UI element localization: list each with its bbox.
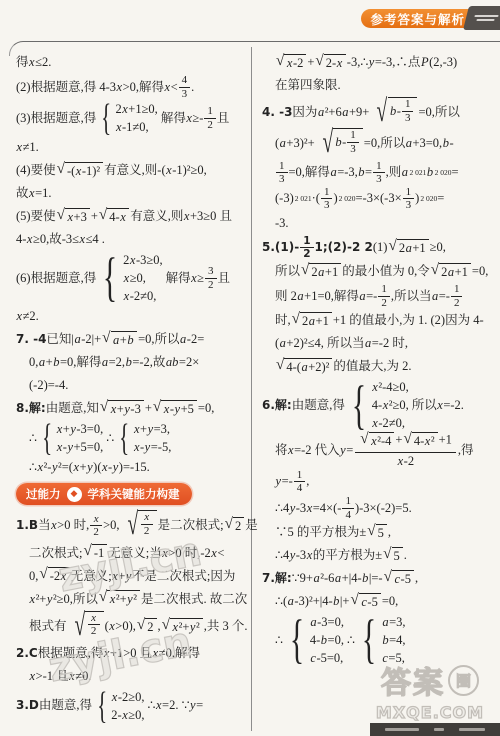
radical-icon: √ (292, 311, 300, 326)
equation-system: {a=3,b=4,c=5, (356, 613, 406, 667)
ability-badge-right-label: 学科关键能力构建 (88, 486, 180, 502)
radical-icon: √ (99, 207, 107, 222)
radical-icon: √ (301, 262, 309, 277)
column-divider (251, 47, 252, 731)
sqrt-radical: √2a+1 (388, 239, 428, 256)
sqrt-radical: √2a+1 (292, 312, 332, 329)
text-line: 3.D 由题意,得{x-2≥0,2-x≥0,∴ x=2. ∵ y= (16, 688, 250, 724)
equation-system: {x-2≥0,2-x≥0, (93, 688, 144, 724)
sqrt-radical: √x²-4 (360, 432, 394, 449)
text-line: (3)根据题意,得{2x+1≥0,x-1≠0,解得 x≥-12 且 (16, 100, 250, 136)
text-line: 13=0,解得 a=-3,b=13,则 a2 021b2 020= (262, 160, 496, 186)
brace-icon: { (362, 617, 376, 663)
sqrt-radical: √4-(a+2)² (276, 358, 332, 375)
fraction: 32 (205, 265, 217, 291)
header-banner: 参考答案与解析 (361, 9, 474, 28)
text-line: -3. (262, 212, 496, 235)
radical-icon: √ (137, 617, 145, 632)
text-line: (-3)2 021·(13)2 020=-3×(-3×13)2 020= (262, 186, 496, 212)
text-line: 故 x=1. (16, 182, 250, 205)
brace-icon: { (352, 383, 366, 429)
sqrt-radical: √x2 (68, 611, 104, 642)
text-line: 4. -3 因为 a²+6a+9+√b-13=0,所以 (262, 97, 496, 128)
radical-icon: √ (83, 543, 91, 558)
radical-icon: √ (315, 53, 323, 68)
sqrt-radical: √c-5 (384, 570, 414, 587)
text-line: 时,√2a+1+1 的值最小,为 1. (2)因为 4- (262, 309, 496, 332)
radical-icon: √ (431, 262, 439, 277)
brace-icon: { (97, 690, 107, 722)
text-line: 5.(1)-12 1;(2)-2 2 (1)√2a+1≥0, (262, 235, 496, 260)
text-line: 0,a+b=0,解得 a=2,b=-2,故 ab=2× (16, 351, 250, 374)
radical-icon: √ (360, 431, 368, 446)
equation-system: {x+y-3=0,x-y+5=0, (38, 420, 103, 456)
fraction: x2 (88, 612, 100, 638)
equation-system: {a-3=0,4-b=0,c-5=0, (284, 613, 344, 667)
brace-icon: { (101, 102, 111, 134)
text-line: 得 x≤2. (16, 51, 250, 74)
text-line: 4-x≥0,故-3≤x≤4 . (16, 228, 250, 251)
equation-system: {x²-4≥0,4-x²≥0,x-2≠0, (346, 378, 409, 432)
sqrt-radical: √c-5 (350, 593, 380, 610)
sqrt-radical: √x2 (121, 510, 157, 541)
radical-icon: √ (127, 508, 138, 539)
sqrt-radical: √2a+1 (301, 263, 341, 280)
fraction: 13 (373, 160, 385, 186)
radical-icon: √ (350, 592, 358, 607)
fraction: 14 (294, 469, 306, 495)
radical-icon: √ (388, 238, 396, 253)
footer-band (370, 723, 500, 736)
sqrt-radical: √2 (137, 618, 157, 635)
radical-icon: √ (39, 566, 47, 581)
sqrt-radical: √b-13 (316, 128, 363, 159)
text-line: (4)要使√-(x-1)²有意义,则-(x-1)²≥0, (16, 159, 250, 182)
right-column: √x-2+√2-x -3,∴y=-3,∴点 P(2,-3)在第四象限.4. -3… (262, 51, 496, 667)
radical-icon: √ (403, 431, 411, 446)
text-line: 所以√2a+1的最小值为 0,令√2a+1=0, (262, 260, 496, 283)
text-line: 将 x=-2 代入 y=√x²-4+√4-x²+1x-2,得 (262, 432, 496, 468)
fraction: 43 (179, 74, 191, 100)
text-line: ∵5 的平方根为±√5 , (262, 521, 496, 544)
sqrt-radical: √x+3 (57, 208, 90, 225)
sqrt-radical: √a+b (102, 331, 137, 348)
text-line: 二次根式;√-1无意义;当 x>0 时,-2x< (16, 542, 250, 565)
fraction: 13 (321, 186, 333, 212)
sqrt-radical: √x²+y² (162, 618, 203, 635)
radical-icon: √ (377, 95, 388, 126)
sqrt-radical: √4-x (99, 208, 129, 225)
text-line: (6)根据题意,得{2x-3≥0,x≥0,x-2≠0, 解得 x≥32 且 (16, 251, 250, 305)
text-line: ∴x²-y²=(x+y)(x-y)=-15. (16, 456, 250, 479)
radical-icon: √ (74, 609, 85, 640)
text-line: y=-14, (262, 469, 496, 495)
text-line: (a+3)²+√b-13=0,所以 a+3=0,b- (262, 128, 496, 159)
text-line: 7. -4 已知|a-2|+√a+b=0,所以 a-2= (16, 328, 250, 351)
radical-icon: √ (276, 53, 284, 68)
sqrt-radical: √x-y+5 (153, 400, 197, 417)
logo-circle-icon: 圈 (448, 665, 479, 696)
brace-icon: { (290, 617, 304, 663)
text-line: 则 2a+1=0,解得 a=-12,所以当 a=-12 (262, 283, 496, 309)
text-line: 2.C 根据题意,得 x+1>0 且 x≠0,解得 (16, 642, 250, 665)
ability-badge: 过能力◆学科关键能力构建 (16, 483, 192, 505)
radical-icon: √ (57, 161, 65, 176)
text-line: ∴{x+y-3=0,x-y+5=0,∴{x+y=3,x-y=-5, (16, 420, 250, 456)
text-line: √4-(a+2)²的值最大,为 2. (262, 355, 496, 378)
header-corner-badge (463, 6, 500, 30)
left-column: 得 x≤2.(2)根据题意,得 4-3x>0,解得 x<43.(3)根据题意,得… (16, 51, 250, 724)
radical-icon: √ (384, 569, 392, 584)
brace-icon: { (119, 422, 129, 454)
sqrt-radical: √5 (383, 547, 403, 564)
sqrt-radical: √x-2 (276, 54, 306, 71)
sqrt-radical: √2-x (315, 54, 345, 71)
fraction: √x²-4+√4-x²+1x-2 (355, 432, 456, 468)
text-line: x²+y²≥0,所以√x²+y²是二次根式. 故二次 (16, 588, 250, 611)
fraction: 12 (300, 235, 313, 260)
text-line: ∴4y-3x=4×(-14)-3×(-2)=5. (262, 495, 496, 521)
sqrt-radical: √4-x² (403, 432, 437, 449)
radical-icon: √ (57, 207, 65, 222)
radical-icon: √ (100, 399, 108, 414)
text-line: 根式有√x2(x>0),√2 ,√x²+y²,共 3 个. (16, 611, 250, 642)
sqrt-radical: √2a+1 (431, 263, 471, 280)
sqrt-radical: √2 (225, 517, 245, 534)
page-title: 参考答案与解析 (370, 10, 465, 28)
radical-icon: √ (99, 589, 107, 604)
text-line: (-2)=-4. (16, 374, 250, 397)
text-line: 7.解:∵9+a²-6a+|4-b|=-√c-5, (262, 567, 496, 590)
text-line: 6.解:由题意,得{x²-4≥0,4-x²≥0,x-2≠0,所以 x=-2. (262, 378, 496, 432)
logo-site-text: MXQE.COM (364, 703, 496, 722)
fraction: x2 (141, 511, 153, 537)
radical-icon: √ (383, 546, 391, 561)
text-line: √x-2+√2-x -3,∴y=-3,∴点 P(2,-3) (262, 51, 496, 74)
fraction: 13 (347, 129, 359, 155)
text-line: ∴{a-3=0,4-b=0,c-5=0,∴{a=3,b=4,c=5, (262, 613, 496, 667)
text-line: 0,√-2x无意义;x+y 不是二次根式;因为 (16, 565, 250, 588)
sqrt-radical: √b-13 (370, 97, 417, 128)
text-line: ∴4y-3x 的平方根为±√5. (262, 544, 496, 567)
equation-system: {x+y=3,x-y=-5, (115, 420, 171, 456)
radical-icon: √ (367, 523, 375, 538)
sqrt-radical: √x²+y² (99, 590, 140, 607)
text-line: x>-1 且 x≠0. (16, 665, 250, 688)
fraction: 12 (378, 283, 390, 309)
fraction: 13 (402, 98, 414, 124)
sqrt-radical: √5 (367, 524, 387, 541)
radical-icon: √ (225, 516, 233, 531)
fraction: x2 (90, 513, 102, 539)
page: 参考答案与解析 得 x≤2.(2)根据题意,得 4-3x>0,解得 x<43.(… (0, 0, 500, 736)
sqrt-radical: √-(x-1)² (57, 162, 104, 179)
text-line: 1.B 当 x>0 时,x2>0,√x2是二次根式;√2是 (16, 510, 250, 541)
sqrt-radical: √-1 (83, 544, 107, 561)
sqrt-radical: √-2x (39, 567, 69, 584)
equation-system: {2x-3≥0,x≥0,x-2≠0, (97, 251, 162, 305)
text-line: (a+2)²≤4, 所以当 a=-2 时, (262, 332, 496, 355)
radical-icon: √ (162, 617, 170, 632)
ability-badge-icon: ◆ (67, 487, 82, 502)
fraction: 14 (342, 495, 354, 521)
radical-icon: √ (276, 357, 284, 372)
brace-icon: { (103, 255, 117, 301)
text-line: (2)根据题意,得 4-3x>0,解得 x<43. (16, 74, 250, 100)
radical-icon: √ (153, 399, 161, 414)
fraction: 13 (403, 186, 415, 212)
radical-icon: √ (322, 126, 333, 157)
text-line: x≠2. (16, 305, 250, 328)
equation-system: {2x+1≥0,x-1≠0, (97, 100, 158, 136)
text-line: x≠1. (16, 136, 250, 159)
fraction: 13 (276, 160, 288, 186)
radical-icon: √ (102, 330, 110, 345)
fraction: 12 (204, 105, 216, 131)
brace-icon: { (42, 422, 52, 454)
fraction: 12 (451, 283, 463, 309)
answer-circle-watermark: 答案 圈 MXQE.COM (364, 658, 496, 722)
ability-badge-left-label: 过能力 (26, 486, 61, 502)
sqrt-radical: √x+y-3 (100, 400, 144, 417)
text-line: (5)要使√x+3+√4-x有意义,则 x+3≥0 且 (16, 205, 250, 228)
